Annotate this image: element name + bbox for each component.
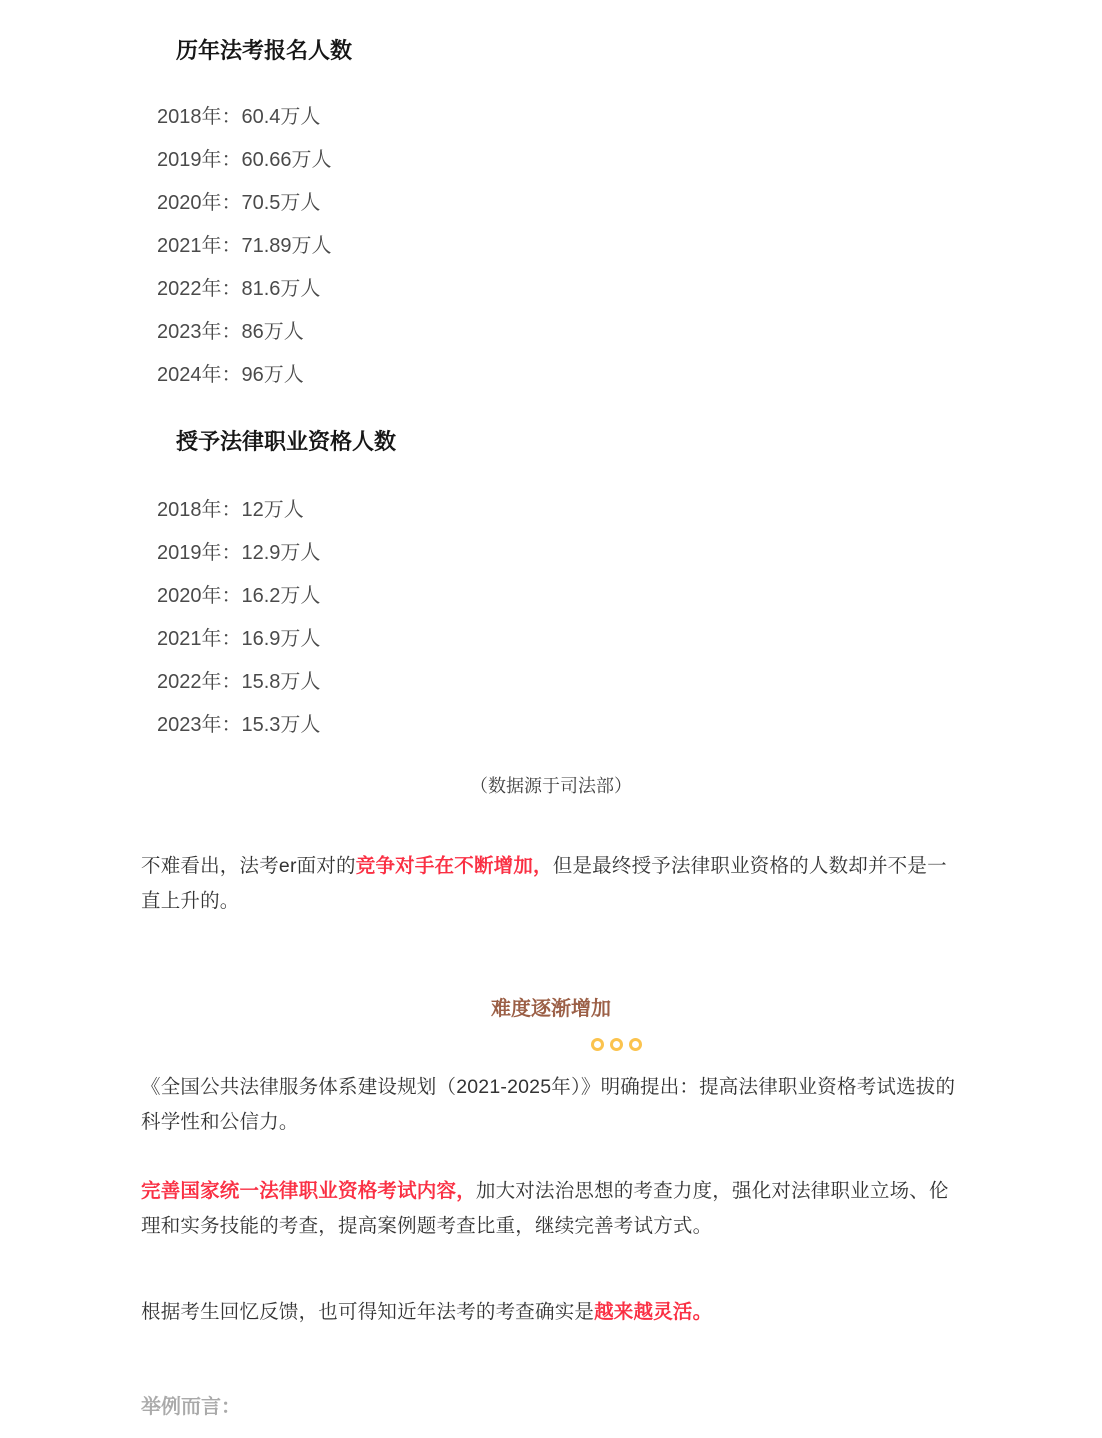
ring-icon xyxy=(591,1038,604,1051)
registration-stats-list: 2018年：60.4万人 2019年：60.66万人 2020年：70.5万人 … xyxy=(141,96,961,397)
list-item: 2021年：16.9万人 xyxy=(157,618,961,661)
section-heading-difficulty: 难度逐渐增加 xyxy=(141,994,961,1024)
highlight-text: 越来越灵活。 xyxy=(594,1301,712,1323)
section-title-qualification: 授予法律职业资格人数 xyxy=(141,427,961,457)
qualification-stats-list: 2018年：12万人 2019年：12.9万人 2020年：16.2万人 202… xyxy=(141,489,961,747)
list-item: 2021年：71.89万人 xyxy=(157,225,961,268)
example-label: 举例而言： xyxy=(141,1390,961,1425)
paragraph-competition: 不难看出，法考er面对的竞争对手在不断增加，但是最终授予法律职业资格的人数却并不… xyxy=(141,849,961,919)
paragraph-plan: 《全国公共法律服务体系建设规划（2021-2025年）》明确提出：提高法律职业资… xyxy=(141,1070,961,1140)
section-title-registration: 历年法考报名人数 xyxy=(141,36,961,66)
paragraph-exam-content: 完善国家统一法律职业资格考试内容，加大对法治思想的考查力度，强化对法律职业立场、… xyxy=(141,1174,961,1244)
list-item: 2019年：60.66万人 xyxy=(157,139,961,182)
list-item: 2020年：70.5万人 xyxy=(157,182,961,225)
ring-icon xyxy=(610,1038,623,1051)
paragraph-text: 根据考生回忆反馈，也可得知近年法考的考查确实是 xyxy=(141,1301,594,1323)
highlight-text: 完善国家统一法律职业资格考试内容， xyxy=(141,1180,476,1202)
highlight-text: 竞争对手在不断增加， xyxy=(356,855,553,877)
list-item: 2022年：81.6万人 xyxy=(157,268,961,311)
article-page: 历年法考报名人数 2018年：60.4万人 2019年：60.66万人 2020… xyxy=(141,0,961,1425)
paragraph-text: 不难看出，法考er面对的 xyxy=(141,855,356,877)
list-item: 2019年：12.9万人 xyxy=(157,532,961,575)
data-source-note: （数据源于司法部） xyxy=(141,773,961,799)
list-item: 2023年：15.3万人 xyxy=(157,704,961,747)
ring-icon xyxy=(629,1038,642,1051)
paragraph-feedback: 根据考生回忆反馈，也可得知近年法考的考查确实是越来越灵活。 xyxy=(141,1295,961,1330)
list-item: 2023年：86万人 xyxy=(157,311,961,354)
section-divider xyxy=(206,1038,1026,1051)
list-item: 2022年：15.8万人 xyxy=(157,661,961,704)
list-item: 2020年：16.2万人 xyxy=(157,575,961,618)
list-item: 2018年：60.4万人 xyxy=(157,96,961,139)
list-item: 2024年：96万人 xyxy=(157,354,961,397)
list-item: 2018年：12万人 xyxy=(157,489,961,532)
